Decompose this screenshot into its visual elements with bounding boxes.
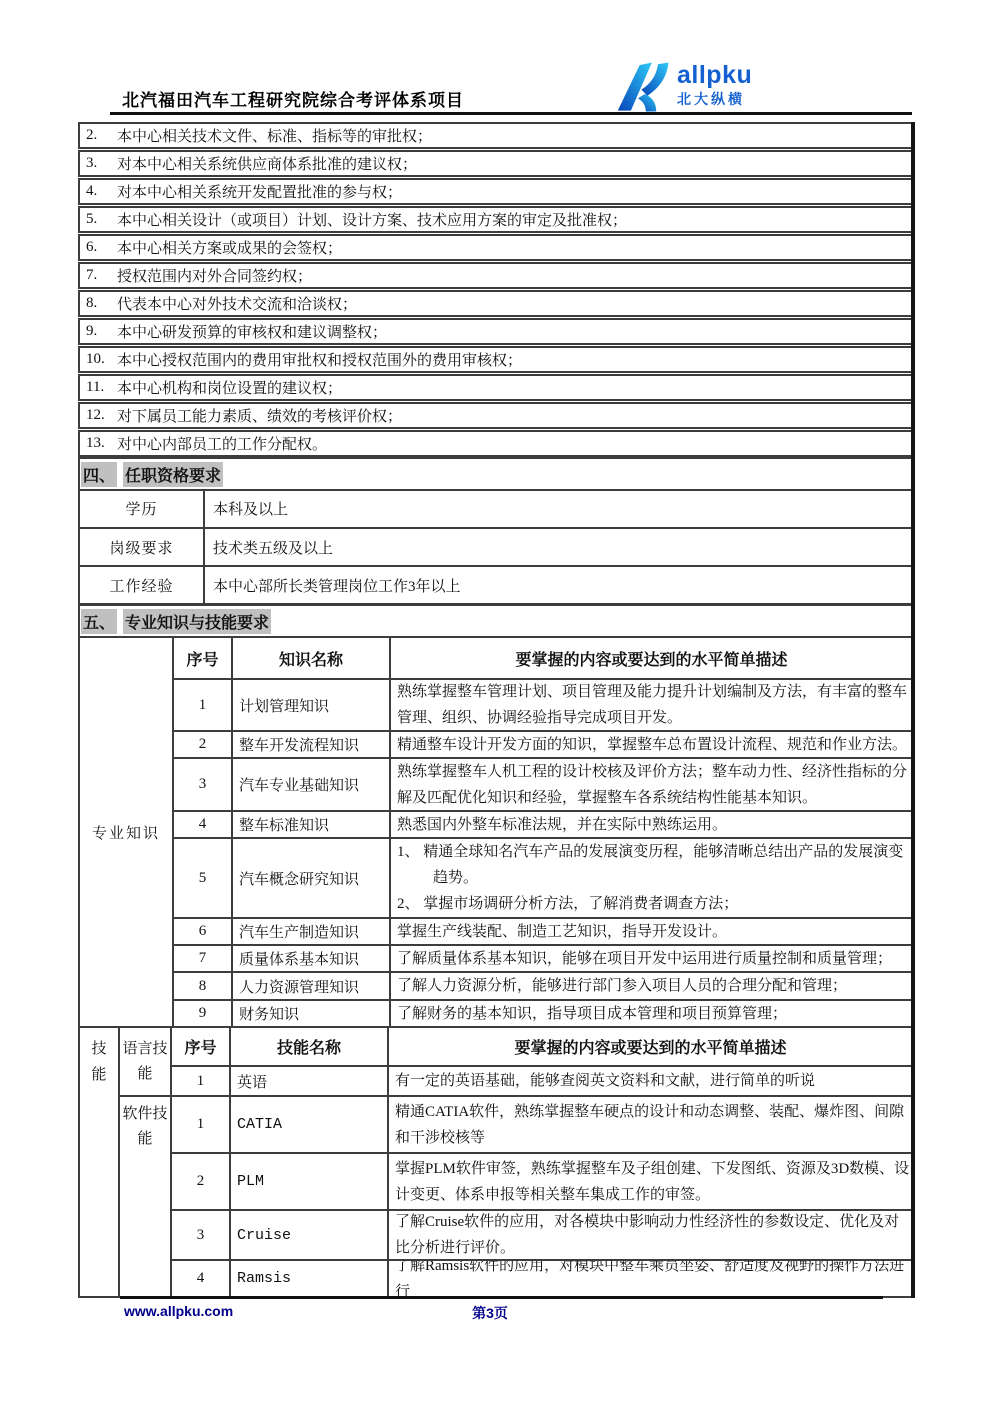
skill-row: 3 Cruise 了解Cruise软件的应用，对各模块中影响动力性经济性的参数设… (172, 1209, 912, 1259)
item-number: 7. (80, 267, 117, 284)
skills-group-label: 技能 (80, 1028, 120, 1296)
document-page: 北汽福田汽车工程研究院综合考评体系项目 allpku 北大纵横 2.本中心相关技… (0, 0, 992, 1403)
list-item: 8.代表本中心对外技术交流和洽谈权； (78, 290, 914, 317)
knowledge-desc: 了解财务的基本知识，指导项目成本管理和项目预算管理； (391, 1001, 912, 1026)
row-num: 3 (174, 759, 233, 810)
knowledge-row: 4 整车标准知识 熟悉国内外整车标准法规，并在实际中熟练运用。 (174, 810, 912, 837)
knowledge-name: 计划管理知识 (233, 680, 391, 730)
item-number: 2. (80, 127, 117, 144)
item-number: 6. (80, 239, 117, 256)
knowledge-desc: 熟悉国内外整车标准法规，并在实际中熟练运用。 (391, 812, 912, 837)
knowledge-desc: 精通整车设计开发方面的知识，掌握整车总布置设计流程、规范和作业方法。 (391, 732, 912, 757)
row-num: 2 (172, 1154, 231, 1209)
row-num: 8 (174, 973, 233, 999)
qualification-label: 岗级要求 (80, 529, 205, 565)
qualification-label: 学历 (80, 489, 205, 527)
header-name: 技能名称 (231, 1028, 389, 1065)
skill-desc: 有一定的英语基础，能够查阅英文资料和文献，进行简单的听说 (389, 1067, 912, 1095)
skill-desc: 了解Cruise软件的应用，对各模块中影响动力性经济性的参数设定、优化及对比分析… (389, 1211, 912, 1259)
skill-name: CATIA (231, 1097, 389, 1152)
skill-name: Cruise (231, 1211, 389, 1259)
desc-list-item: 2、 掌握市场调研分析方法，了解消费者调查方法； (397, 891, 912, 917)
qualification-row: 岗级要求 技术类五级及以上 (80, 527, 912, 565)
header-desc: 要掌握的内容或要达到的水平简单描述 (391, 638, 912, 678)
row-num: 4 (172, 1261, 231, 1296)
knowledge-desc: 熟练掌握整车管理计划、项目管理及能力提升计划编制及方法，有丰富的整车管理、组织、… (391, 680, 912, 730)
knowledge-desc: 熟练掌握整车人机工程的设计校核及评价方法；整车动力性、经济性指标的分解及匹配优化… (391, 759, 912, 810)
row-num: 7 (174, 946, 233, 971)
list-item: 4.对本中心相关系统开发配置批准的参与权； (78, 178, 914, 205)
skill-row: 4 Ramsis 了解Ramsis软件的应用，对模块中整车乘员坐姿、舒适度及视野… (172, 1259, 912, 1296)
knowledge-row: 3 汽车专业基础知识 熟练掌握整车人机工程的设计校核及评价方法；整车动力性、经济… (174, 757, 912, 810)
list-item: 2.本中心相关技术文件、标准、指标等的审批权； (78, 122, 914, 149)
knowledge-row: 5 汽车概念研究知识 1、 精通全球知名汽车产品的发展演变历程，能够清晰总结出产… (174, 837, 912, 917)
section-heading-qualifications: 四、 任职资格要求 (78, 457, 914, 491)
item-text: 本中心相关方案或成果的会签权； (117, 237, 912, 258)
item-number: 10. (80, 351, 117, 368)
item-text: 本中心机构和岗位设置的建议权； (117, 377, 912, 398)
item-text: 对本中心相关系统开发配置批准的参与权； (117, 181, 912, 202)
section-title: 专业知识与技能要求 (123, 609, 271, 634)
knowledge-desc: 了解质量体系基本知识，能够在项目开发中运用进行质量控制和质量管理； (391, 946, 912, 971)
knowledge-name: 汽车专业基础知识 (233, 759, 391, 810)
list-item: 10.本中心授权范围内的费用审批权和授权范围外的费用审核权； (78, 346, 914, 373)
qualification-row: 工作经验 本中心部所长类管理岗位工作3年以上 (80, 565, 912, 603)
knowledge-name: 汽车生产制造知识 (233, 919, 391, 944)
list-item: 5.本中心相关设计（或项目）计划、设计方案、技术应用方案的审定及批准权； (78, 206, 914, 233)
skill-name: 英语 (231, 1067, 389, 1095)
item-text: 本中心研发预算的审核权和建议调整权； (117, 321, 912, 342)
knowledge-table: 专业知识 序号 知识名称 要掌握的内容或要达到的水平简单描述 1 计划管理知识 … (78, 636, 914, 1028)
item-number: 13. (80, 435, 117, 452)
list-item: 7.授权范围内对外合同签约权； (78, 262, 914, 289)
item-text: 授权范围内对外合同签约权； (117, 265, 912, 286)
knowledge-desc: 1、 精通全球知名汽车产品的发展演变历程，能够清晰总结出产品的发展演变趋势。 2… (391, 839, 912, 917)
row-num: 1 (174, 680, 233, 730)
item-number: 4. (80, 183, 117, 200)
item-text: 本中心相关设计（或项目）计划、设计方案、技术应用方案的审定及批准权； (117, 209, 912, 230)
language-skills-band: 语言技能 序号 技能名称 要掌握的内容或要达到的水平简单描述 1 英语 有一定的… (120, 1028, 912, 1095)
allpku-logo-icon (616, 58, 672, 116)
knowledge-name: 质量体系基本知识 (233, 946, 391, 971)
list-item: 3.对本中心相关系统供应商体系批准的建议权； (78, 150, 914, 177)
knowledge-row: 8 人力资源管理知识 了解人力资源分析，能够进行部门参入项目人员的合理分配和管理… (174, 971, 912, 999)
item-number: 8. (80, 295, 117, 312)
skill-desc: 了解Ramsis软件的应用，对模块中整车乘员坐姿、舒适度及视野的操作方法进行 (389, 1261, 912, 1296)
section-title: 任职资格要求 (123, 462, 223, 487)
skills-header-row: 序号 技能名称 要掌握的内容或要达到的水平简单描述 (172, 1028, 912, 1065)
header-num: 序号 (174, 638, 233, 678)
row-num: 4 (174, 812, 233, 837)
knowledge-name: 整车标准知识 (233, 812, 391, 837)
knowledge-row: 2 整车开发流程知识 精通整车设计开发方面的知识，掌握整车总布置设计流程、规范和… (174, 730, 912, 757)
knowledge-group-label: 专业知识 (80, 638, 174, 1026)
list-item: 11.本中心机构和岗位设置的建议权； (78, 374, 914, 401)
skills-table: 技能 语言技能 序号 技能名称 要掌握的内容或要达到的水平简单描述 1 英语 (78, 1026, 914, 1298)
row-num: 2 (174, 732, 233, 757)
item-number: 5. (80, 211, 117, 228)
section-number: 五、 (81, 609, 117, 634)
skill-name: PLM (231, 1154, 389, 1209)
skill-name: Ramsis (231, 1261, 389, 1296)
knowledge-row: 7 质量体系基本知识 了解质量体系基本知识，能够在项目开发中运用进行质量控制和质… (174, 944, 912, 971)
qualification-label: 工作经验 (80, 567, 205, 603)
skill-row: 1 英语 有一定的英语基础，能够查阅英文资料和文献，进行简单的听说 (172, 1065, 912, 1095)
item-text: 对中心内部员工的工作分配权。 (117, 433, 912, 454)
row-num: 1 (172, 1067, 231, 1095)
skill-row: 1 CATIA 精通CATIA软件，熟练掌握整车硬点的设计和动态调整、装配、爆炸… (172, 1097, 912, 1152)
skill-row: 2 PLM 掌握PLM软件审签，熟练掌握整车及子组创建、下发图纸、资源及3D数模… (172, 1152, 912, 1209)
software-skills-band: 软件技能 1 CATIA 精通CATIA软件，熟练掌握整车硬点的设计和动态调整、… (120, 1095, 912, 1296)
row-num: 6 (174, 919, 233, 944)
knowledge-row: 1 计划管理知识 熟练掌握整车管理计划、项目管理及能力提升计划编制及方法，有丰富… (174, 678, 912, 730)
knowledge-header-row: 序号 知识名称 要掌握的内容或要达到的水平简单描述 (174, 638, 912, 678)
header-num: 序号 (172, 1028, 231, 1065)
qualification-table: 学历 本科及以上 岗级要求 技术类五级及以上 工作经验 本中心部所长类管理岗位工… (78, 489, 914, 605)
item-number: 3. (80, 155, 117, 172)
row-num: 9 (174, 1001, 233, 1026)
item-number: 11. (80, 379, 117, 396)
footer-divider (120, 1296, 883, 1299)
section-number: 四、 (81, 462, 117, 487)
item-text: 代表本中心对外技术交流和洽谈权； (117, 293, 912, 314)
list-item: 13.对中心内部员工的工作分配权。 (78, 430, 914, 457)
knowledge-name: 汽车概念研究知识 (233, 839, 391, 917)
page-title: 北汽福田汽车工程研究院综合考评体系项目 (122, 86, 464, 111)
item-text: 本中心相关技术文件、标准、指标等的审批权； (117, 125, 912, 146)
section-heading-knowledge-skills: 五、 专业知识与技能要求 (78, 604, 914, 638)
skill-desc: 精通CATIA软件，熟练掌握整车硬点的设计和动态调整、装配、爆炸图、间隙和干涉校… (389, 1097, 912, 1152)
item-text: 本中心授权范围内的费用审批权和授权范围外的费用审核权； (117, 349, 912, 370)
logo-chinese-name: 北大纵横 (677, 89, 752, 109)
item-text: 对本中心相关系统供应商体系批准的建议权； (117, 153, 912, 174)
company-logo: allpku 北大纵横 (616, 58, 752, 116)
knowledge-row: 9 财务知识 了解财务的基本知识，指导项目成本管理和项目预算管理； (174, 999, 912, 1026)
software-skills-label: 软件技能 (120, 1097, 172, 1296)
header-divider (110, 112, 912, 115)
item-text: 对下属员工能力素质、绩效的考核评价权； (117, 405, 912, 426)
logo-wordmark: allpku (677, 64, 752, 87)
knowledge-name: 人力资源管理知识 (233, 973, 391, 999)
row-num: 5 (174, 839, 233, 917)
item-number: 12. (80, 407, 117, 424)
language-skills-label: 语言技能 (120, 1028, 172, 1095)
knowledge-name: 整车开发流程知识 (233, 732, 391, 757)
page-number: 第3页 (0, 1303, 980, 1323)
skill-desc: 掌握PLM软件审签，熟练掌握整车及子组创建、下发图纸、资源及3D数模、设计变更、… (389, 1154, 912, 1209)
knowledge-desc: 掌握生产线装配、制造工艺知识，指导开发设计。 (391, 919, 912, 944)
qualification-value: 技术类五级及以上 (205, 529, 912, 565)
list-item: 12.对下属员工能力素质、绩效的考核评价权； (78, 402, 914, 429)
knowledge-row: 6 汽车生产制造知识 掌握生产线装配、制造工艺知识，指导开发设计。 (174, 917, 912, 944)
qualification-value: 本科及以上 (205, 489, 912, 527)
list-item: 9.本中心研发预算的审核权和建议调整权； (78, 318, 914, 345)
main-document-table: 2.本中心相关技术文件、标准、指标等的审批权； 3.对本中心相关系统供应商体系批… (78, 122, 914, 1298)
knowledge-desc: 了解人力资源分析，能够进行部门参入项目人员的合理分配和管理； (391, 973, 912, 999)
qualification-row: 学历 本科及以上 (80, 489, 912, 527)
qualification-value: 本中心部所长类管理岗位工作3年以上 (205, 567, 912, 603)
desc-list-item: 1、 精通全球知名汽车产品的发展演变历程，能够清晰总结出产品的发展演变趋势。 (397, 839, 912, 891)
logo-text-block: allpku 北大纵横 (677, 64, 752, 109)
header-desc: 要掌握的内容或要达到的水平简单描述 (389, 1028, 912, 1065)
header-name: 知识名称 (233, 638, 391, 678)
list-item: 6.本中心相关方案或成果的会签权； (78, 234, 914, 261)
row-num: 1 (172, 1097, 231, 1152)
row-num: 3 (172, 1211, 231, 1259)
knowledge-name: 财务知识 (233, 1001, 391, 1026)
item-number: 9. (80, 323, 117, 340)
